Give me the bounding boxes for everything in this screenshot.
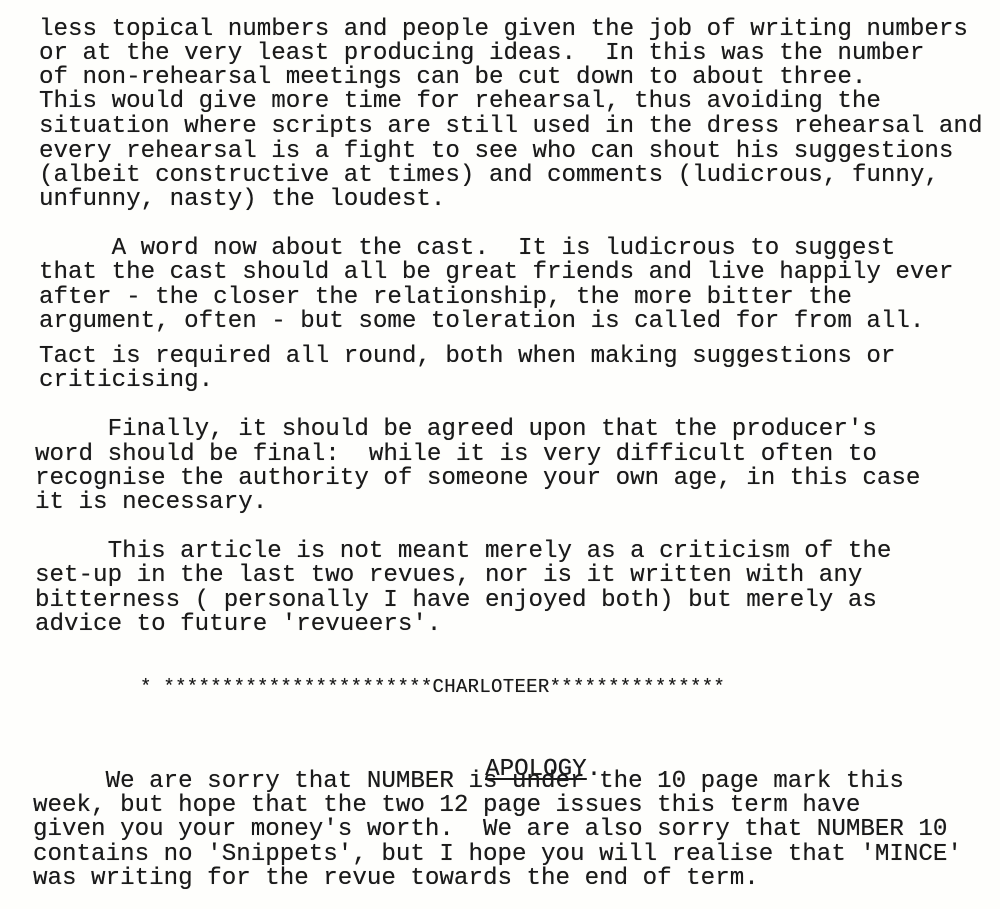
- text-line: that the cast should all be great friend…: [39, 261, 953, 285]
- text-line: or at the very least producing ideas. In…: [39, 42, 924, 66]
- text-line: Finally, it should be agreed upon that t…: [35, 418, 877, 442]
- text-line: bitterness ( personally I have enjoyed b…: [35, 589, 877, 613]
- text-line: every rehearsal is a fight to see who ca…: [39, 140, 953, 164]
- text-line: A word now about the cast. It is ludicro…: [39, 237, 895, 261]
- text-line: advice to future 'revueers'.: [35, 613, 441, 637]
- text-line: given you your money's worth. We are als…: [33, 818, 947, 842]
- text-line: after - the closer the relationship, the…: [39, 286, 852, 310]
- text-line: recognise the authority of someone your …: [35, 467, 920, 491]
- text-line: of non-rehearsal meetings can be cut dow…: [39, 66, 866, 90]
- text-line: We are sorry that NUMBER is under the 10…: [33, 770, 904, 794]
- text-line: it is necessary.: [35, 491, 267, 515]
- text-line: criticising.: [39, 369, 213, 393]
- text-line: word should be final: while it is very d…: [35, 443, 877, 467]
- signature-line: * ***********************CHARLOTEER*****…: [140, 675, 725, 699]
- text-line: (albeit constructive at times) and comme…: [39, 164, 939, 188]
- text-line: This would give more time for rehearsal,…: [39, 90, 881, 114]
- text-line: set-up in the last two revues, nor is it…: [35, 564, 862, 588]
- text-line: was writing for the revue towards the en…: [33, 867, 759, 891]
- text-line: This article is not meant merely as a cr…: [35, 540, 891, 564]
- text-line: contains no 'Snippets', but I hope you w…: [33, 843, 962, 867]
- text-line: argument, often - but some toleration is…: [39, 310, 924, 334]
- text-line: situation where scripts are still used i…: [39, 115, 982, 139]
- text-line: less topical numbers and people given th…: [39, 18, 968, 42]
- text-line: week, but hope that the two 12 page issu…: [33, 794, 860, 818]
- text-line: Tact is required all round, both when ma…: [39, 345, 895, 369]
- text-line: unfunny, nasty) the loudest.: [39, 188, 445, 212]
- typewritten-page: less topical numbers and people given th…: [0, 0, 1000, 909]
